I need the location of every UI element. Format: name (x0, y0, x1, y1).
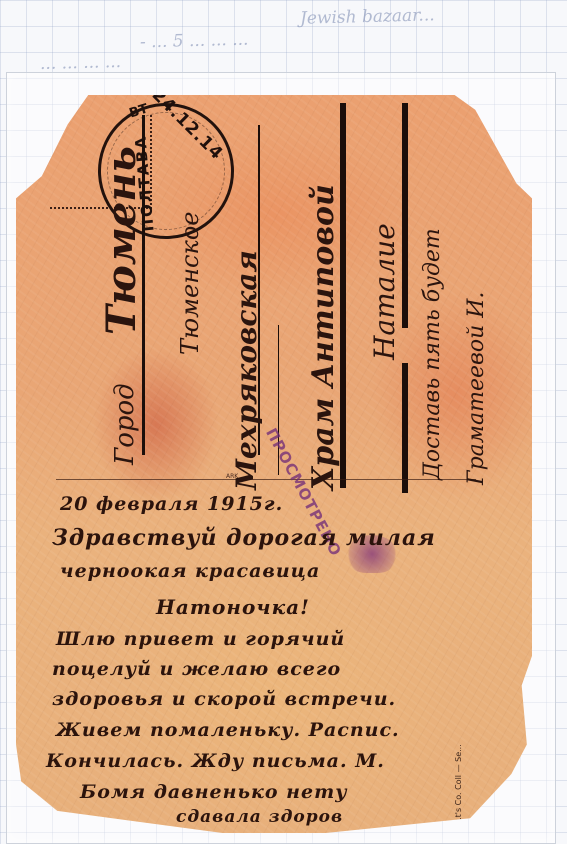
address-line-1: Тюменское (176, 212, 204, 355)
address-line-6: Граматеевой И. (464, 292, 489, 485)
message-line: Кончилась. Жду письма. М. (46, 750, 385, 772)
message-line: 20 февраля 1915г. (60, 493, 283, 515)
address-rule-bold (402, 363, 408, 493)
message-line: поцелуй и желаю всего (52, 658, 341, 680)
divider-line (56, 479, 476, 480)
message-line: Бомя давненько нету (80, 781, 348, 803)
printer-mark: ...t's Co. Coll — Se... (454, 744, 463, 825)
address-city-label: Город (110, 383, 140, 465)
address-line-5: Доставь пять будет (420, 228, 445, 480)
address-line-2: Мехряковская (230, 250, 263, 490)
message-line: Натоночка! (156, 595, 310, 619)
message-line: Здравствуй дорогая милая (52, 525, 436, 551)
address-line-4: Наталие (368, 223, 401, 360)
address-city: Тюмень (98, 146, 145, 335)
postcard: ПОЛТАВА 24.12.14 ВТ ARK Город Тюмень Тюм… (16, 95, 532, 833)
message-line: Шлю привет и горячий (56, 628, 345, 650)
message-line: черноокая красавица (60, 560, 320, 582)
faint-note-line: Jewish bazaar... (300, 4, 435, 30)
address-rule-bold (402, 103, 408, 328)
message-line: здоровья и скорой встречи. (52, 688, 396, 710)
message-line: Живем помаленьку. Распис. (56, 719, 400, 741)
message-line: сдавала здоров (176, 807, 343, 827)
faint-note-line: - ... 5 ... ... ... (140, 29, 249, 54)
address-line-3: Храм Антиповой (306, 184, 341, 490)
